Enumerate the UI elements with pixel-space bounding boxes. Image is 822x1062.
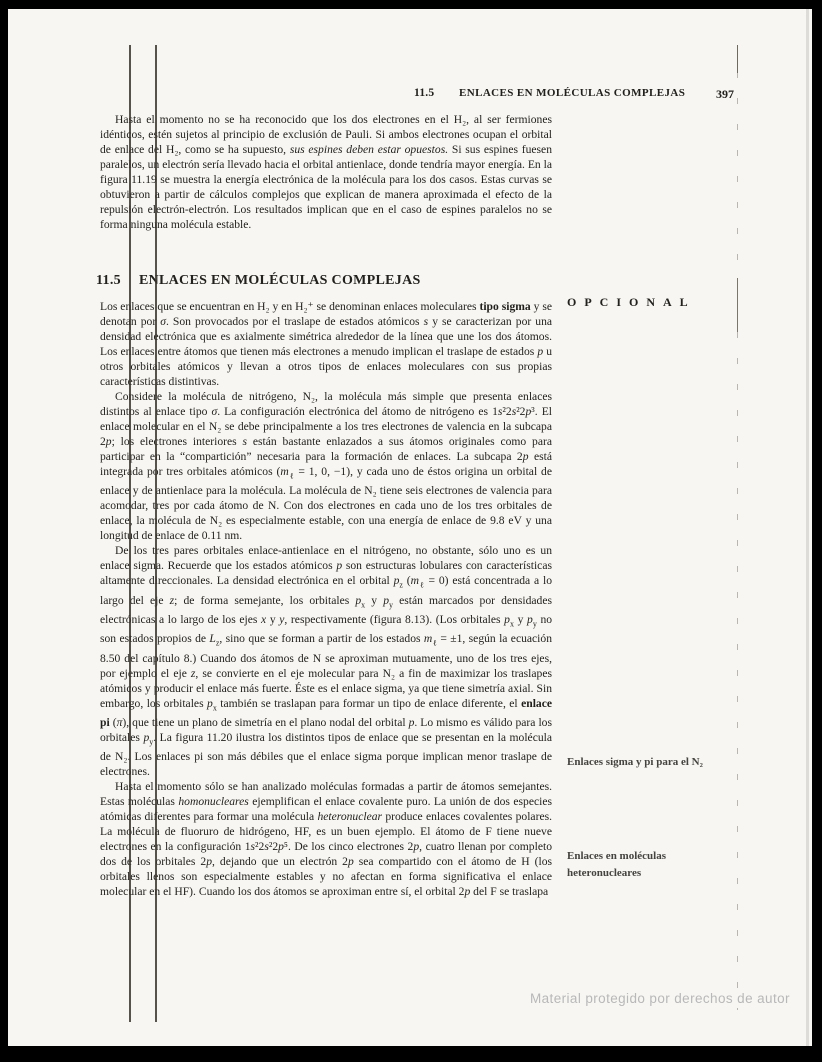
- paragraph-sigma-bonds: Los enlaces que se encuentran en H₂ y en…: [100, 299, 552, 389]
- scan-artifact-tick-top: [737, 45, 738, 73]
- running-head-section-number: 11.5: [414, 87, 434, 99]
- scan-artifact-vertical-line-2: [155, 45, 157, 1022]
- section-heading-title: ENLACES EN MOLÉCULAS COMPLEJAS: [139, 273, 421, 288]
- main-text-column: Hasta el momento no se ha reconocido que…: [100, 112, 552, 899]
- section-heading: 11.5ENLACES EN MOLÉCULAS COMPLEJAS: [96, 273, 552, 288]
- scan-artifact-dashed-line: [737, 72, 738, 1010]
- paragraph-heteronuclear: Hasta el momento sólo se han analizado m…: [100, 779, 552, 899]
- paragraph-pi-bonds: De los tres pares orbitales enlace-antie…: [100, 543, 552, 779]
- running-head-page-number: 397: [716, 87, 734, 102]
- margin-note-heteronuclear: Enlaces en moléculas heteronucleares: [567, 848, 727, 882]
- scan-artifact-vertical-line-1: [129, 45, 131, 1022]
- margin-note-heteronuclear-line2: heteronucleares: [567, 867, 641, 879]
- paragraph-pauli-exclusion: Hasta el momento no se ha reconocido que…: [100, 112, 552, 232]
- page-edge-shadow: [806, 9, 809, 1046]
- scanned-book-page: 11.5 ENLACES EN MOLÉCULAS COMPLEJAS 397 …: [0, 0, 822, 1062]
- scan-artifact-tick-middle: [737, 278, 738, 332]
- section-heading-number: 11.5: [96, 273, 121, 288]
- running-head-section-title: ENLACES EN MOLÉCULAS COMPLEJAS: [459, 87, 685, 99]
- paragraph-nitrogen-molecule: Considere la molécula de nitrógeno, N₂, …: [100, 389, 552, 543]
- copyright-notice: Material protegido por derechos de autor: [530, 991, 790, 1006]
- margin-note-sigma-pi: Enlaces sigma y pi para el N₂: [567, 754, 703, 771]
- running-head: 11.5 ENLACES EN MOLÉCULAS COMPLEJAS 397: [0, 87, 822, 103]
- margin-label-opcional: OPCIONAL: [567, 295, 696, 310]
- margin-note-heteronuclear-line1: Enlaces en moléculas: [567, 850, 666, 862]
